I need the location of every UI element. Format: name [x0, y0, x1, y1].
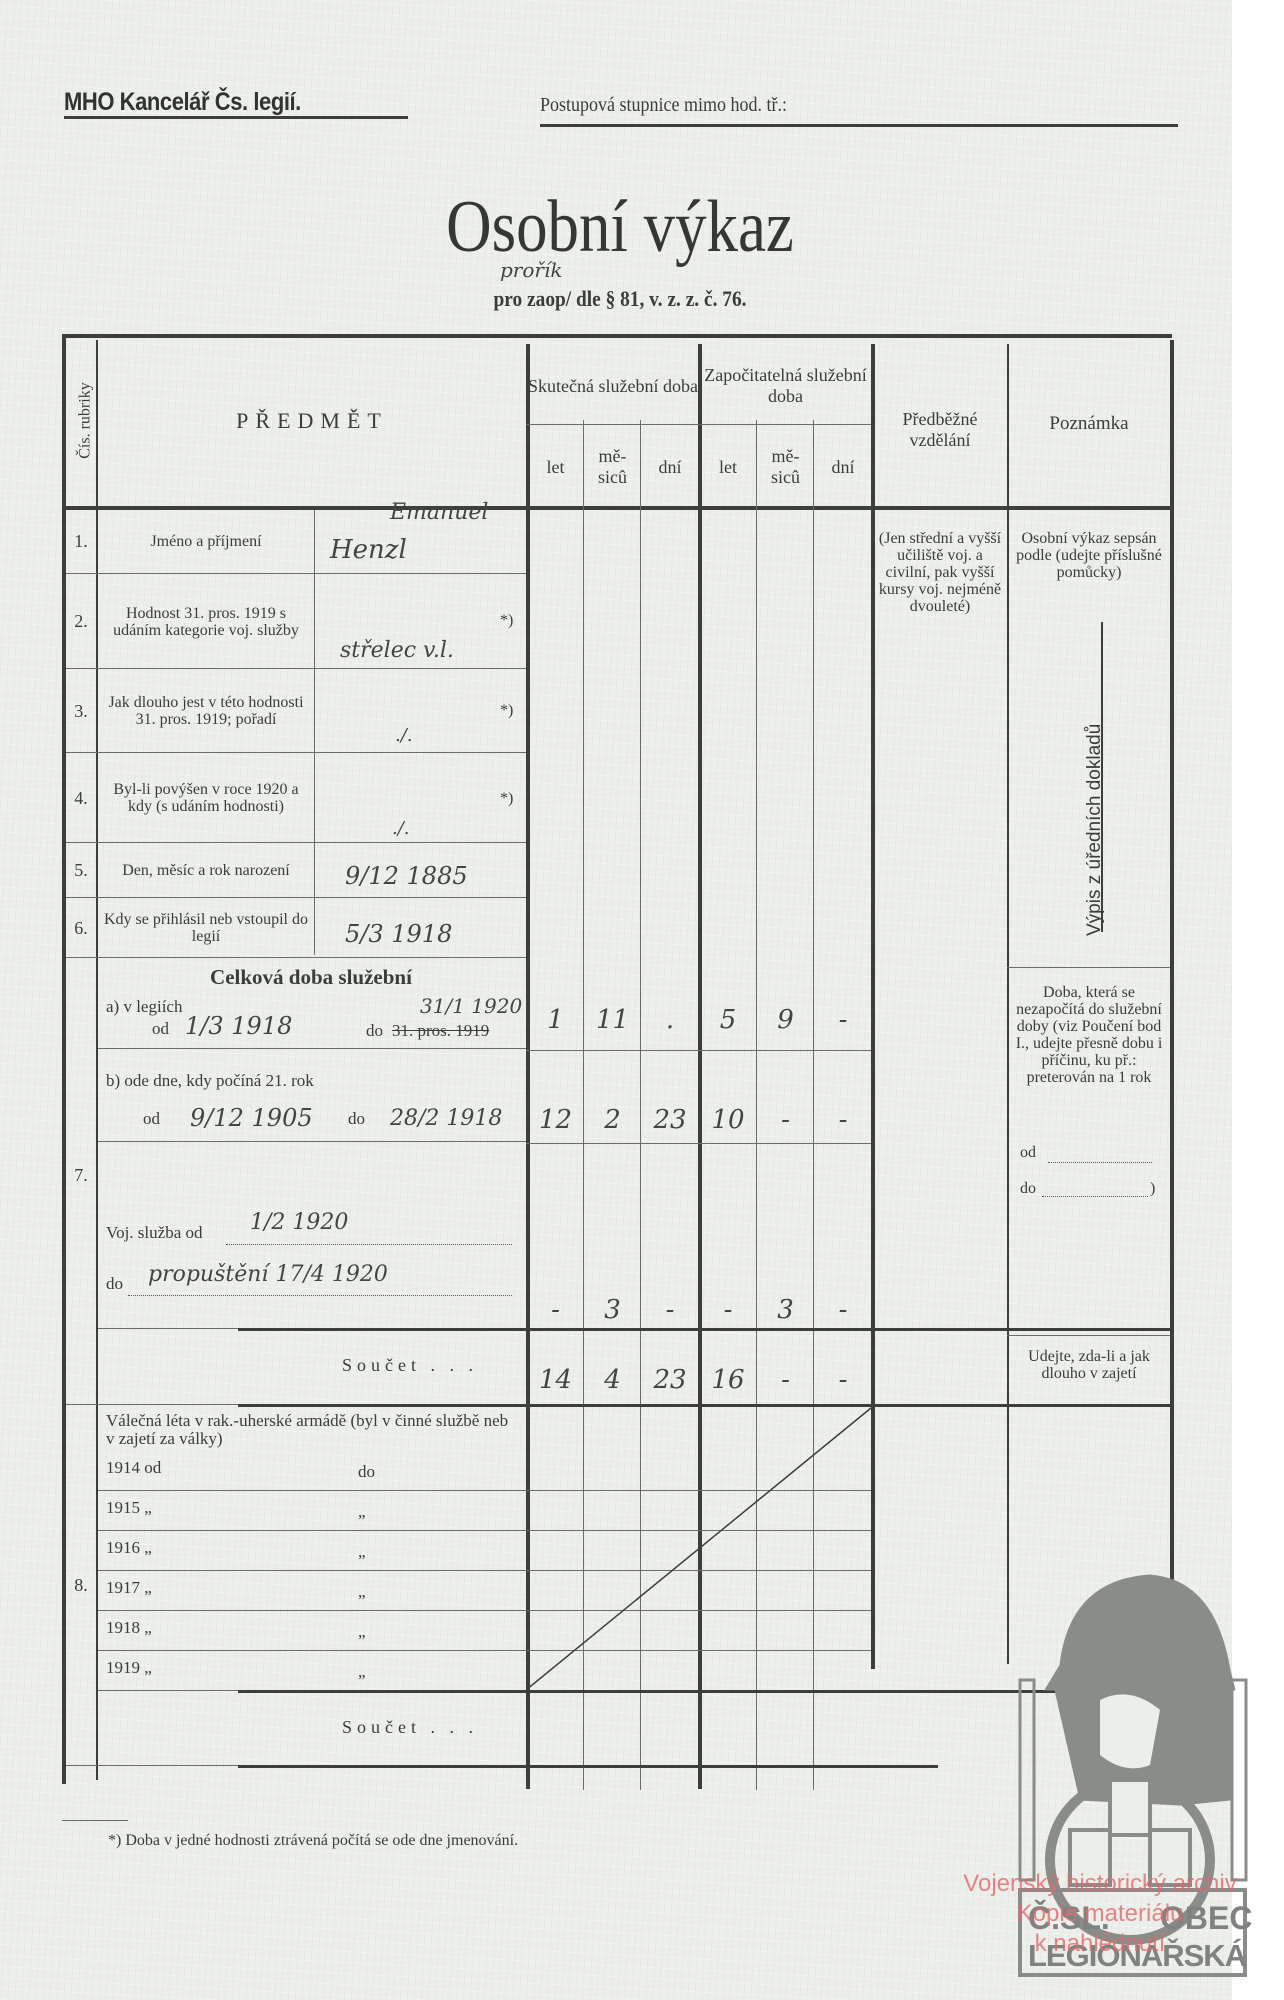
- duration-value: 3: [585, 1290, 640, 1330]
- duration-value: -: [815, 1360, 871, 1400]
- uncounted-od-label: od: [1020, 1144, 1036, 1161]
- header-row-number: Čís. rubriky: [75, 371, 96, 471]
- row-divider: [66, 897, 526, 898]
- section8-strike-diagonal: [526, 1406, 872, 1694]
- row-label-name: Jméno a příjmení: [100, 510, 312, 573]
- section7-voj-do-label: do: [106, 1275, 123, 1292]
- header-prior-education: Předběžné vzdělání: [890, 380, 990, 480]
- col-divider-num: [96, 340, 98, 1780]
- header-countable-years: let: [700, 428, 756, 506]
- section7-a-do: 31/1 1920: [420, 994, 522, 1018]
- header-note: Poznámka: [1010, 340, 1168, 506]
- war-year-to-label: do: [358, 1462, 375, 1482]
- scale-label: Postupová stupnice mimo hod. tř.:: [540, 94, 787, 117]
- duration-value: 4: [585, 1360, 640, 1400]
- duration-value: -: [642, 1290, 698, 1330]
- footnote: *) Doba v jedné hodnosti ztrávená počítá…: [108, 1832, 518, 1850]
- office-underline: [64, 116, 408, 119]
- archive-stamp-line3: k nahlédnutí: [935, 1930, 1265, 1958]
- header-actual-days: dní: [642, 428, 698, 506]
- sum-bottom-border: [238, 1765, 938, 1768]
- header-countable-months: mě-sicû: [758, 428, 813, 506]
- uncounted-do-label: do: [1020, 1180, 1036, 1197]
- subtitle-suffix: dle § 81, v. z. z. č. 76.: [576, 286, 746, 311]
- actual-units-divider: [526, 424, 698, 425]
- header-actual-months: mě-sicû: [585, 428, 640, 506]
- row-label-promotion: Byl-li povýšen v roce 1920 a kdy (s udán…: [102, 754, 310, 842]
- war-year-label: 1919 „: [106, 1658, 152, 1678]
- section7-voj-label: Voj. služba od: [106, 1224, 203, 1241]
- duration-value: .: [642, 1000, 698, 1040]
- document-subtitle: pro zaop/ dle § 81, v. z. z. č. 76.: [338, 286, 901, 312]
- section7-a-od-label: od: [152, 1020, 169, 1037]
- header-countable-days: dní: [815, 428, 871, 506]
- scale-underline: [540, 124, 1178, 127]
- section7-a-do-struck: 31. pros. 1919: [392, 1022, 489, 1039]
- row-number: 1.: [66, 510, 96, 573]
- section7-b-do: 28/2 1918: [390, 1106, 502, 1131]
- education-note: (Jen střední a vyšší učiliště voj. a civ…: [874, 530, 1006, 615]
- report-source-note: Osobní výkaz sepsán podle (udejte příslu…: [1010, 530, 1168, 581]
- duration-value: 5: [700, 1000, 756, 1040]
- vertical-note-underline: [1101, 622, 1103, 932]
- dotted-line: [128, 1295, 512, 1296]
- footnote-rule: [62, 1820, 128, 1821]
- duration-value: -: [700, 1290, 756, 1330]
- duration-value: 23: [642, 1360, 698, 1400]
- header-countable-service: Započitatelná služební doba: [700, 356, 871, 416]
- dotted-line: [226, 1244, 512, 1245]
- section7-voj-od: 1/2 1920: [250, 1210, 348, 1235]
- row-number: 8.: [66, 1570, 96, 1600]
- war-year-to-label: „: [358, 1622, 366, 1642]
- row-number: 5.: [66, 844, 96, 897]
- archive-stamp-line2: Kopie materiálu: [935, 1900, 1265, 1928]
- duration-value: 9: [758, 1000, 813, 1040]
- duration-value: -: [758, 1360, 813, 1400]
- row-divider: [66, 842, 526, 843]
- document-page: MHO Kancelář Čs. legií. Postupová stupni…: [0, 0, 1232, 2000]
- value-rank: střelec v.l.: [340, 638, 454, 663]
- note-divider: [1007, 1335, 1170, 1336]
- section7-b-od-label: od: [143, 1110, 160, 1127]
- row-label-legion-join: Kdy se přihlásil neb vstoupil do legií: [102, 899, 310, 957]
- war-year-to-label: „: [358, 1502, 366, 1522]
- header-actual-years: let: [528, 428, 583, 506]
- duration-value: 12: [528, 1100, 583, 1140]
- section7-b-od: 9/12 1905: [190, 1104, 313, 1132]
- value-row-divider: [526, 1143, 871, 1144]
- section8-heading: Válečná léta v rak.-uherské armádě (byl …: [106, 1412, 516, 1448]
- duration-value: 16: [700, 1360, 756, 1400]
- row-divider: [98, 1048, 526, 1049]
- value-legion-join: 5/3 1918: [345, 920, 452, 948]
- value-row-divider: [526, 1050, 871, 1051]
- subtitle-prefix: pro zaop: [494, 286, 566, 311]
- section7-a-od: 1/3 1918: [185, 1012, 292, 1040]
- section7-b-label: b) ode dne, kdy počíná 21. rok: [106, 1072, 314, 1089]
- row-divider: [98, 1141, 526, 1142]
- row-divider: [98, 1328, 238, 1329]
- duration-value: 14: [528, 1360, 583, 1400]
- row-label-rank: Hodnost 31. pros. 1919 s udáním kategori…: [102, 575, 310, 668]
- row-number: 2.: [66, 575, 96, 668]
- section7-heading: Celková doba služební: [96, 962, 526, 992]
- row-divider: [66, 1404, 238, 1405]
- duration-value: -: [815, 1290, 871, 1330]
- duration-value: -: [815, 1100, 871, 1140]
- duration-value: -: [528, 1290, 583, 1330]
- table-right-border: [1170, 340, 1174, 1670]
- section7-a-do-label: do: [366, 1022, 383, 1039]
- header-subject: PŘEDMĚT: [98, 336, 526, 506]
- footnote-marker: *): [500, 790, 513, 807]
- row-label-rank-duration: Jak dlouho jest v této hodnosti 31. pros…: [102, 670, 310, 752]
- footnote-marker: *): [500, 702, 513, 719]
- war-year-to-label: „: [358, 1582, 366, 1602]
- captivity-note: Udejte, zda-li a jak dlouho v zajetí: [1012, 1348, 1166, 1382]
- duration-value: 11: [585, 1000, 640, 1040]
- war-year-label: 1914 od: [106, 1458, 161, 1478]
- duration-value: 23: [642, 1100, 698, 1140]
- document-title: Osobní výkaz: [348, 185, 892, 270]
- subtitle-handwritten-insert: prořík: [500, 258, 562, 282]
- uncounted-do-field: [1042, 1196, 1148, 1197]
- col-divider-value: [314, 510, 315, 955]
- duration-value: -: [815, 1000, 871, 1040]
- row-number: 4.: [66, 754, 96, 842]
- row-divider: [66, 573, 526, 574]
- war-year-to-label: „: [358, 1662, 366, 1682]
- col-divider-note: [1007, 344, 1009, 1664]
- duration-value: 1: [528, 1000, 583, 1040]
- war-year-label: 1916 „: [106, 1538, 152, 1558]
- duration-value: -: [758, 1100, 813, 1140]
- row-divider: [66, 957, 526, 958]
- value-surname: Henzl: [330, 535, 407, 565]
- value-rank-duration: ./.: [395, 725, 413, 746]
- war-year-to-label: „: [358, 1542, 366, 1562]
- war-year-label: 1915 „: [106, 1498, 152, 1518]
- section7-a-label: a) v legiích: [106, 998, 182, 1015]
- section7-voj-do: propuštění 17/4 1920: [148, 1262, 388, 1287]
- footnote-marker: *): [500, 612, 513, 629]
- row-divider: [66, 752, 526, 753]
- row-number: 6.: [66, 899, 96, 957]
- uncounted-close: ): [1150, 1180, 1155, 1197]
- duration-value: 3: [758, 1290, 813, 1330]
- archive-stamp-line1: Vojenský historický archiv: [935, 1870, 1265, 1898]
- row-label-birth-date: Den, měsíc a rok narození: [102, 844, 310, 897]
- war-year-label: 1918 „: [106, 1618, 152, 1638]
- note-divider: [1007, 967, 1170, 968]
- row-divider: [98, 1690, 238, 1691]
- row-number: 7.: [66, 1160, 96, 1190]
- value-birth-date: 9/12 1885: [345, 862, 468, 890]
- office-name: MHO Kancelář Čs. legií.: [64, 88, 301, 117]
- section7-b-do-label: do: [348, 1110, 365, 1127]
- duration-value: 10: [700, 1100, 756, 1140]
- header-actual-service: Skutečná služební doba: [528, 356, 698, 416]
- value-promotion: ./.: [392, 818, 410, 839]
- section7-sum-label: Součet . . .: [300, 1350, 520, 1380]
- countable-units-divider: [698, 424, 871, 425]
- uncounted-od-field: [1048, 1162, 1152, 1163]
- uncounted-time-note: Doba, která se nezapočítá do služební do…: [1012, 984, 1166, 1086]
- value-first-name: Emanuel: [390, 500, 488, 525]
- row-number: 3.: [66, 670, 96, 752]
- row-divider: [66, 1765, 238, 1766]
- section8-sum-label: Součet . . .: [300, 1712, 520, 1742]
- war-year-label: 1917 „: [106, 1578, 152, 1598]
- duration-value: 2: [585, 1100, 640, 1140]
- row-divider: [66, 668, 526, 669]
